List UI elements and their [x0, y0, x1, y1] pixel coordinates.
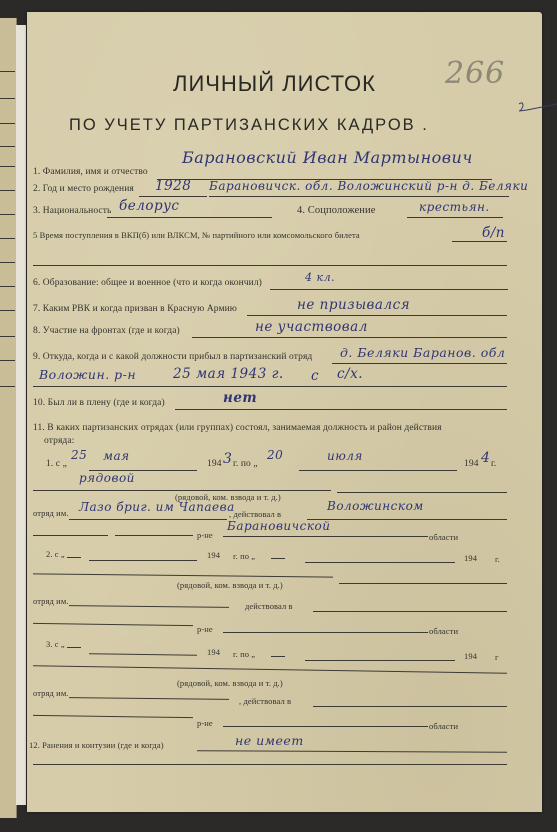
field-1-label: 1. Фамилия, имя и отчество — [33, 167, 148, 177]
field-3-value: белорус — [119, 198, 180, 214]
entry-1-number: 1. с „ — [46, 459, 67, 469]
entry-1-to-month: июля — [327, 449, 363, 463]
entry-1-region-label: области — [429, 532, 458, 542]
entry-1-to-year-suffix: 4 — [481, 450, 490, 466]
field-3-label: 3. Национальность — [33, 206, 111, 216]
entry-2-year-end: г. — [495, 554, 500, 564]
field-1-value: Барановский Иван Мартынович — [182, 148, 473, 167]
entry-1-to-day: 20 — [267, 448, 283, 462]
field-2-label: 2. Год и место рождения — [33, 184, 134, 194]
corner-mark — [517, 100, 557, 114]
field-5-value: б/п — [482, 225, 505, 241]
entry-1-district-label: р-не — [197, 530, 213, 540]
field-9-value-line2a: Воложин. р-н — [39, 367, 136, 382]
field-12-value: не имеет — [235, 733, 304, 748]
field-11-label-cont: отряда: — [44, 436, 74, 446]
entry-1-to-label: г. по „ — [233, 459, 258, 469]
field-6-value: 4 кл. — [305, 271, 335, 284]
entry-3-to-year-prefix: 194 — [464, 651, 477, 661]
entry-2-acted-label: действовал в — [245, 601, 293, 611]
field-4-value: крестьян. — [419, 200, 490, 214]
entry-2-detachment-label: отряд им. — [33, 596, 69, 606]
entry-3-from-year-prefix: 194 — [207, 647, 220, 657]
entry-1-from-year-suffix: 3 — [223, 451, 232, 467]
field-5-label: 5 Время поступления в ВКП(б) или ВЛКСМ, … — [33, 230, 360, 240]
entry-1-from-day: 25 — [71, 448, 87, 462]
field-9-value-line1: д. Беляки Баранов. обл — [340, 345, 505, 360]
field-11-label: 11. В каких партизанских отрядах (или гр… — [33, 423, 442, 433]
entry-2-position-hint: (рядовой, ком. взвода и т. д.) — [177, 580, 283, 590]
entry-3-region-label: области — [429, 721, 458, 731]
entry-2-number: 2. с „ — [46, 549, 65, 559]
field-2-value: Барановичск. обл. Воложинский р-н д. Бел… — [209, 179, 528, 193]
entry-2-region-label: области — [429, 626, 458, 636]
page-gutter — [16, 25, 26, 805]
entry-1-from-year-prefix: 194 — [207, 459, 222, 469]
entry-1-detachment-label: отряд им. — [33, 508, 69, 518]
field-10-label: 10. Был ли в плену (где и когда) — [33, 398, 165, 408]
field-6-label: 6. Образование: общее и военное (что и к… — [33, 278, 262, 288]
field-12-label: 12. Ранения и контузии (где и когда) — [29, 740, 164, 750]
entry-2-district-label: р-не — [197, 624, 213, 634]
entry-1-acted-in: Воложинском — [327, 499, 424, 513]
entry-2-to-label: г. по „ — [233, 551, 255, 561]
field-9-value-date: 25 мая 1943 г. — [173, 366, 284, 382]
entry-2-to-year-prefix: 194 — [464, 553, 477, 563]
entry-1-region: Барановичской — [227, 519, 330, 533]
archive-page-number: 266 — [445, 56, 505, 91]
entry-1-acted-label: , действовал в — [229, 509, 281, 519]
field-9-value-position: с/х. — [337, 366, 363, 382]
field-8-value: не участвовал — [255, 319, 368, 335]
entry-1-year-end: г. — [491, 459, 496, 469]
field-4-label: 4. Соцположение — [297, 205, 376, 216]
entry-3-acted-label: , действовал в — [239, 696, 291, 706]
entry-3-detachment-label: отряд им. — [33, 688, 69, 698]
entry-1-detachment: Лазо бриг. им Чапаева — [79, 500, 235, 514]
entry-1-position: рядовой — [79, 471, 135, 485]
field-9-label: 9. Откуда, когда и с какой должности при… — [33, 352, 312, 362]
field-7-label: 7. Каким РВК и когда призван в Красную А… — [33, 304, 237, 314]
field-10-value: нет — [223, 390, 257, 406]
entry-1-to-year-prefix: 194 — [464, 459, 479, 469]
field-7-value: не призывался — [297, 297, 410, 313]
personal-record-sheet: ЛИЧНЫЙ ЛИСТОК ПО УЧЕТУ ПАРТИЗАНСКИХ КАДР… — [27, 12, 542, 812]
entry-3-district-label: р-не — [197, 718, 213, 728]
entry-3-to-label: г. по „ — [233, 649, 255, 659]
field-2-year: 1928 — [155, 178, 191, 194]
adjacent-page-edge — [0, 18, 17, 818]
entry-3-year-end: г — [495, 652, 499, 662]
entry-1-from-month: мая — [103, 449, 130, 463]
entry-3-number: 3. с „ — [46, 639, 65, 649]
field-9-value-with: с — [311, 368, 319, 384]
entry-3-position-hint: (рядовой, ком. взвода и т. д.) — [177, 678, 283, 688]
document-subtitle: ПО УЧЕТУ ПАРТИЗАНСКИХ КАДРОВ . — [69, 116, 429, 135]
entry-2-from-year-prefix: 194 — [207, 550, 220, 560]
field-8-label: 8. Участие на фронтах (где и когда) — [33, 326, 180, 336]
